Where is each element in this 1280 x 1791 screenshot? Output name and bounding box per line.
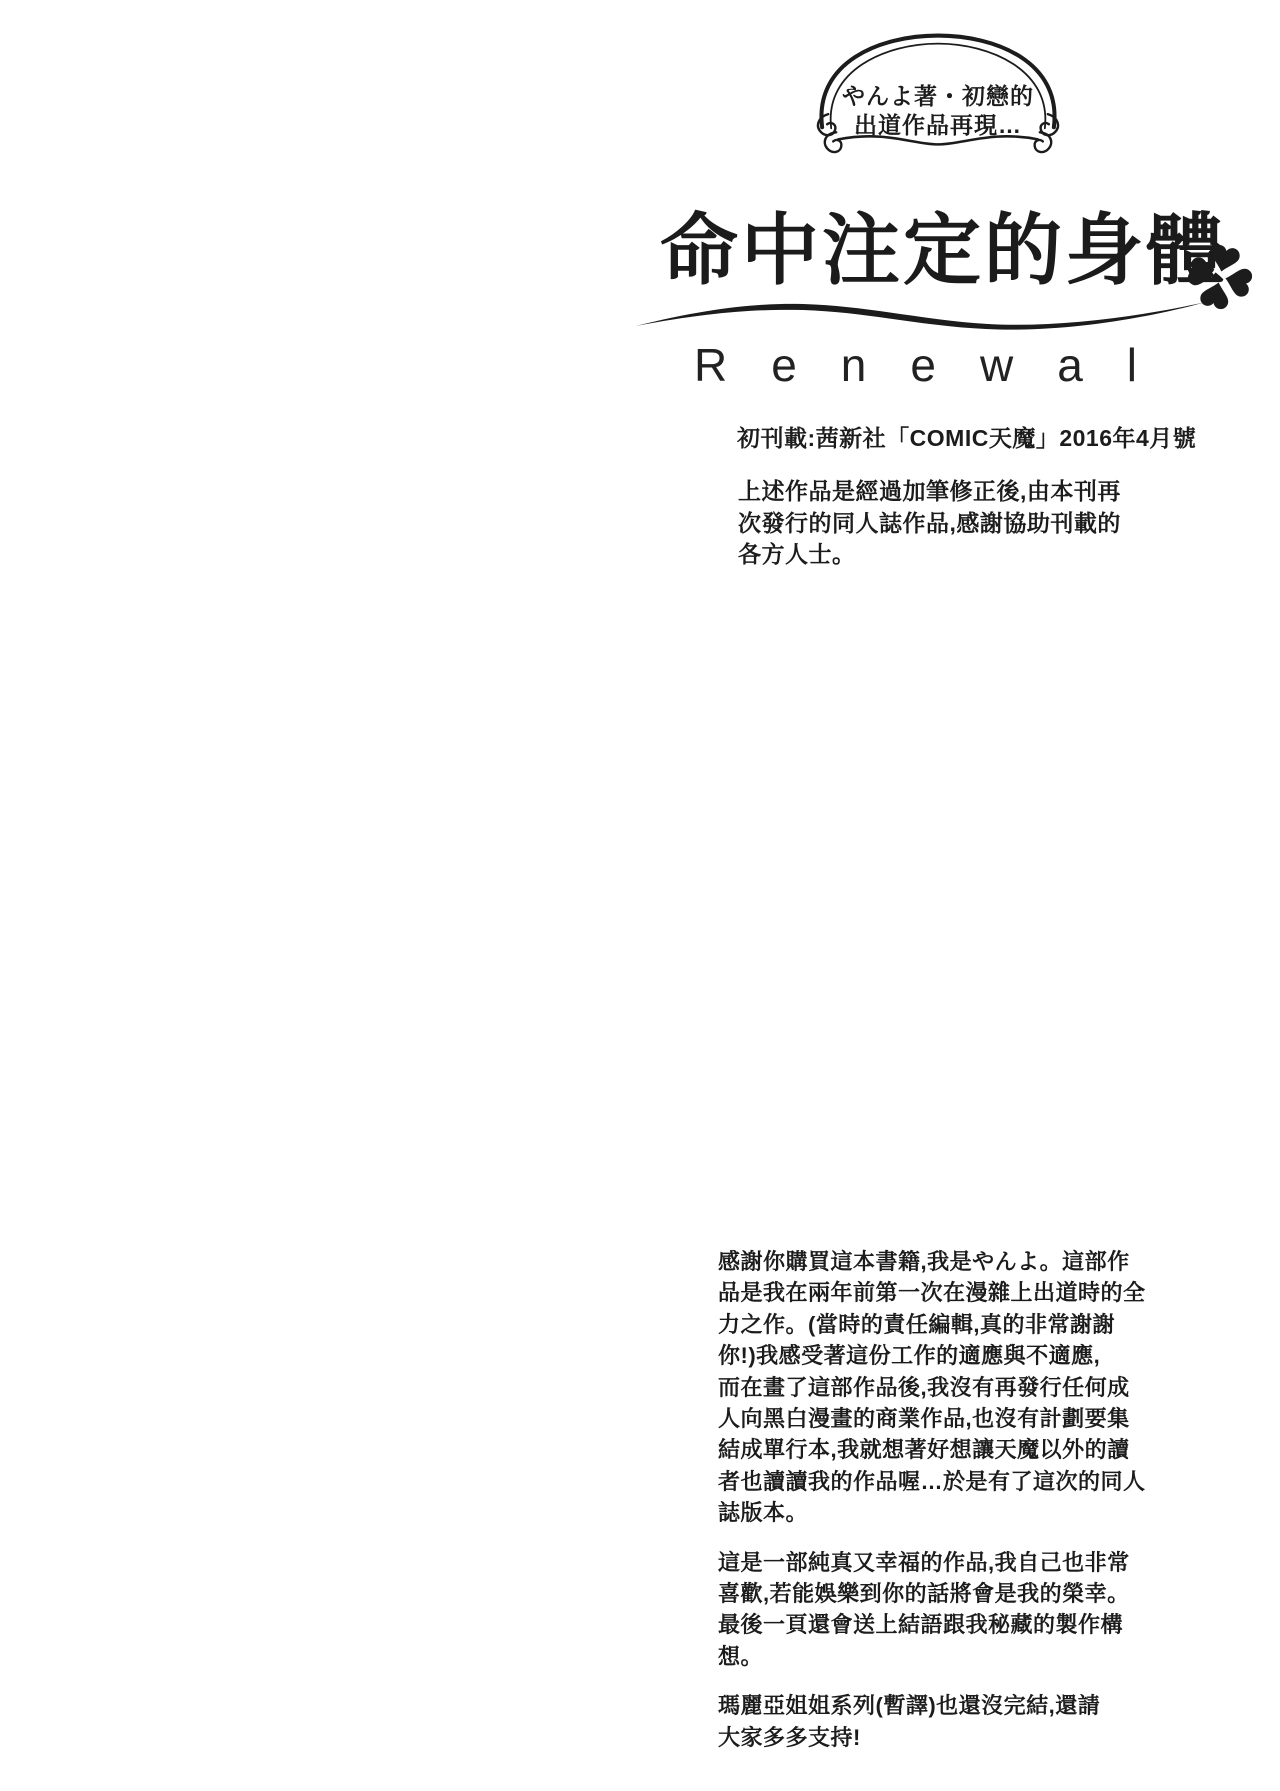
page-title: 命中注定的身體 bbox=[660, 188, 1227, 300]
reprint-note: 上述作品是經過加筆修正後,由本刊再 次發行的同人誌作品,感謝協助刊載的 各方人士… bbox=[738, 476, 1121, 571]
badge-line1: やんよ著・初戀的 bbox=[806, 82, 1070, 111]
subtitle-renewal: Renewal bbox=[694, 338, 1181, 392]
author-badge: やんよ著・初戀的 出道作品再現… bbox=[806, 28, 1070, 162]
first-publication-credit: 初刊載:茜新社「COMIC天魔」2016年4月號 bbox=[737, 420, 1196, 453]
manga-credits-page: やんよ著・初戀的 出道作品再現… 命中注定的身體 Renewal 初刊載:茜新社… bbox=[0, 0, 1280, 1791]
afterword-paragraph-2: 這是一部純真又幸福的作品,我自己也非常 喜歡,若能娛樂到你的話將會是我的榮幸。 … bbox=[718, 1547, 1158, 1673]
afterword-paragraph-3: 瑪麗亞姐姐系列(暫譯)也還沒完結,還請 大家多多支持! bbox=[718, 1690, 1158, 1753]
badge-line2: 出道作品再現… bbox=[806, 111, 1070, 140]
author-badge-text: やんよ著・初戀的 出道作品再現… bbox=[806, 82, 1070, 140]
afterword-paragraph-1: 感謝你購買這本書籍,我是やんよ。這部作 品是我在兩年前第一次在漫雜上出道時的全 … bbox=[718, 1246, 1158, 1529]
afterword: 感謝你購買這本書籍,我是やんよ。這部作 品是我在兩年前第一次在漫雜上出道時的全 … bbox=[718, 1246, 1158, 1771]
wave-underline-icon bbox=[618, 288, 1218, 340]
